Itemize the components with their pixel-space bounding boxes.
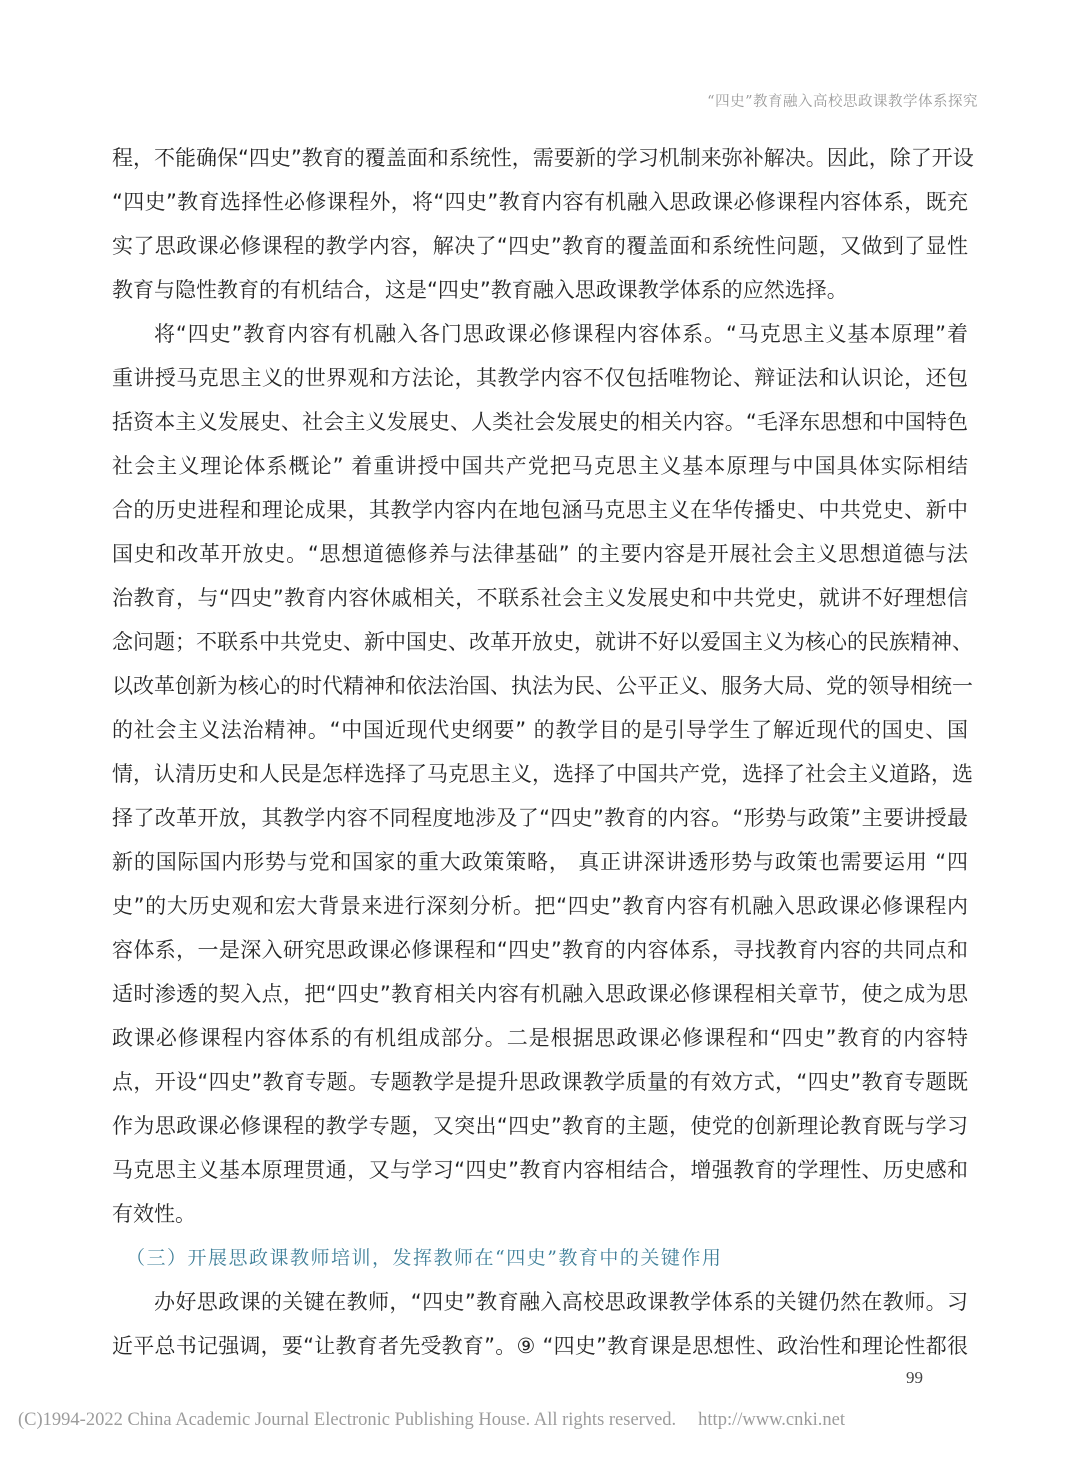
text-line: 括资本主义发展史、社会主义发展史、人类社会发展史的相关内容。“毛泽东思想和中国特… <box>112 400 968 444</box>
text-line: 史”的大历史观和宏大背景来进行深刻分析。把“四史”教育内容有机融入思政课必修课程… <box>112 884 968 928</box>
text-line: 容体系，一是深入研究思政课必修课程和“四史”教育的内容体系，寻找教育内容的共同点… <box>112 928 968 972</box>
paragraph-2: 将“四史”教育内容有机融入各门思政课必修课程内容体系。“马克思主义基本原理”着 … <box>112 312 968 1236</box>
text-line: 社会主义理论体系概论” 着重讲授中国共产党把马克思主义基本原理与中国具体实际相结 <box>112 444 968 488</box>
text-line: 有效性。 <box>112 1192 968 1236</box>
text-line: 国史和改革开放史。“思想道德修养与法律基础” 的主要内容是开展社会主义思想道德与… <box>112 532 968 576</box>
paragraph-3: 办好思政课的关键在教师，“四史”教育融入高校思政课教学体系的关键仍然在教师。习 … <box>112 1280 968 1368</box>
text-line: 将“四史”教育内容有机融入各门思政课必修课程内容体系。“马克思主义基本原理”着 <box>112 312 968 356</box>
text-line: 重讲授马克思主义的世界观和方法论，其教学内容不仅包括唯物论、辩证法和认识论，还包 <box>112 356 968 400</box>
text-line: 适时渗透的契入点，把“四史”教育相关内容有机融入思政课必修课程相关章节，使之成为… <box>112 972 968 1016</box>
running-header-title: “四史”教育融入高校思政课教学体系探究 <box>707 90 978 111</box>
text-line: 新的国际国内形势与党和国家的重大政策策略， 真正讲深讲透形势与政策也需要运用 “… <box>112 840 968 884</box>
text-line: 择了改革开放，其教学内容不同程度地涉及了“四史”教育的内容。“形势与政策”主要讲… <box>112 796 968 840</box>
text-line: 作为思政课必修课程的教学专题，又突出“四史”教育的主题，使党的创新理论教育既与学… <box>112 1104 968 1148</box>
text-line: 政课必修课程内容体系的有机组成部分。二是根据思政课必修课程和“四史”教育的内容特 <box>112 1016 968 1060</box>
text-line: 教育与隐性教育的有机结合，这是“四史”教育融入思政课教学体系的应然选择。 <box>112 268 968 312</box>
text-line: 办好思政课的关键在教师，“四史”教育融入高校思政课教学体系的关键仍然在教师。习 <box>112 1280 968 1324</box>
text-line: 程，不能确保“四史”教育的覆盖面和系统性，需要新的学习机制来弥补解决。因此，除了… <box>112 136 968 180</box>
text-line: 点，开设“四史”教育专题。专题教学是提升思政课教学质量的有效方式，“四史”教育专… <box>112 1060 968 1104</box>
text-line: 念问题；不联系中共党史、新中国史、改革开放史，就讲不好以爱国主义为核心的民族精神… <box>112 620 968 664</box>
paragraph-1: 程，不能确保“四史”教育的覆盖面和系统性，需要新的学习机制来弥补解决。因此，除了… <box>112 136 968 312</box>
text-line: 情，认清历史和人民是怎样选择了马克思主义，选择了中国共产党，选择了社会主义道路，… <box>112 752 968 796</box>
section-heading: （三）开展思政课教师培训，发挥教师在“四史”教育中的关键作用 <box>112 1236 968 1280</box>
text-line: 的社会主义法治精神。“中国近现代史纲要” 的教学目的是引导学生了解近现代的国史、… <box>112 708 968 752</box>
copyright-text: (C)1994-2022 China Academic Journal Elec… <box>18 1410 676 1430</box>
text-line: 治教育，与“四史”教育内容休戚相关，不联系社会主义发展史和中共党史，就讲不好理想… <box>112 576 968 620</box>
text-line: “四史”教育选择性必修课程外，将“四史”教育内容有机融入思政课必修课程内容体系，… <box>112 180 968 224</box>
text-line: 合的历史进程和理论成果，其教学内容内在地包涵马克思主义在华传播史、中共党史、新中 <box>112 488 968 532</box>
copyright-footer: (C)1994-2022 China Academic Journal Elec… <box>18 1410 845 1431</box>
article-body: 程，不能确保“四史”教育的覆盖面和系统性，需要新的学习机制来弥补解决。因此，除了… <box>112 136 968 1368</box>
text-line: 近平总书记强调，要“让教育者先受教育”。⑨ “四史”教育课是思想性、政治性和理论… <box>112 1324 968 1368</box>
page-number: 99 <box>906 1368 923 1388</box>
cnki-link[interactable]: http://www.cnki.net <box>698 1410 845 1430</box>
text-line: 以改革创新为核心的时代精神和依法治国、执法为民、公平正义、服务大局、党的领导相统… <box>112 664 968 708</box>
text-line: 实了思政课必修课程的教学内容，解决了“四史”教育的覆盖面和系统性问题，又做到了显… <box>112 224 968 268</box>
text-line: 马克思主义基本原理贯通，又与学习“四史”教育内容相结合，增强教育的学理性、历史感… <box>112 1148 968 1192</box>
